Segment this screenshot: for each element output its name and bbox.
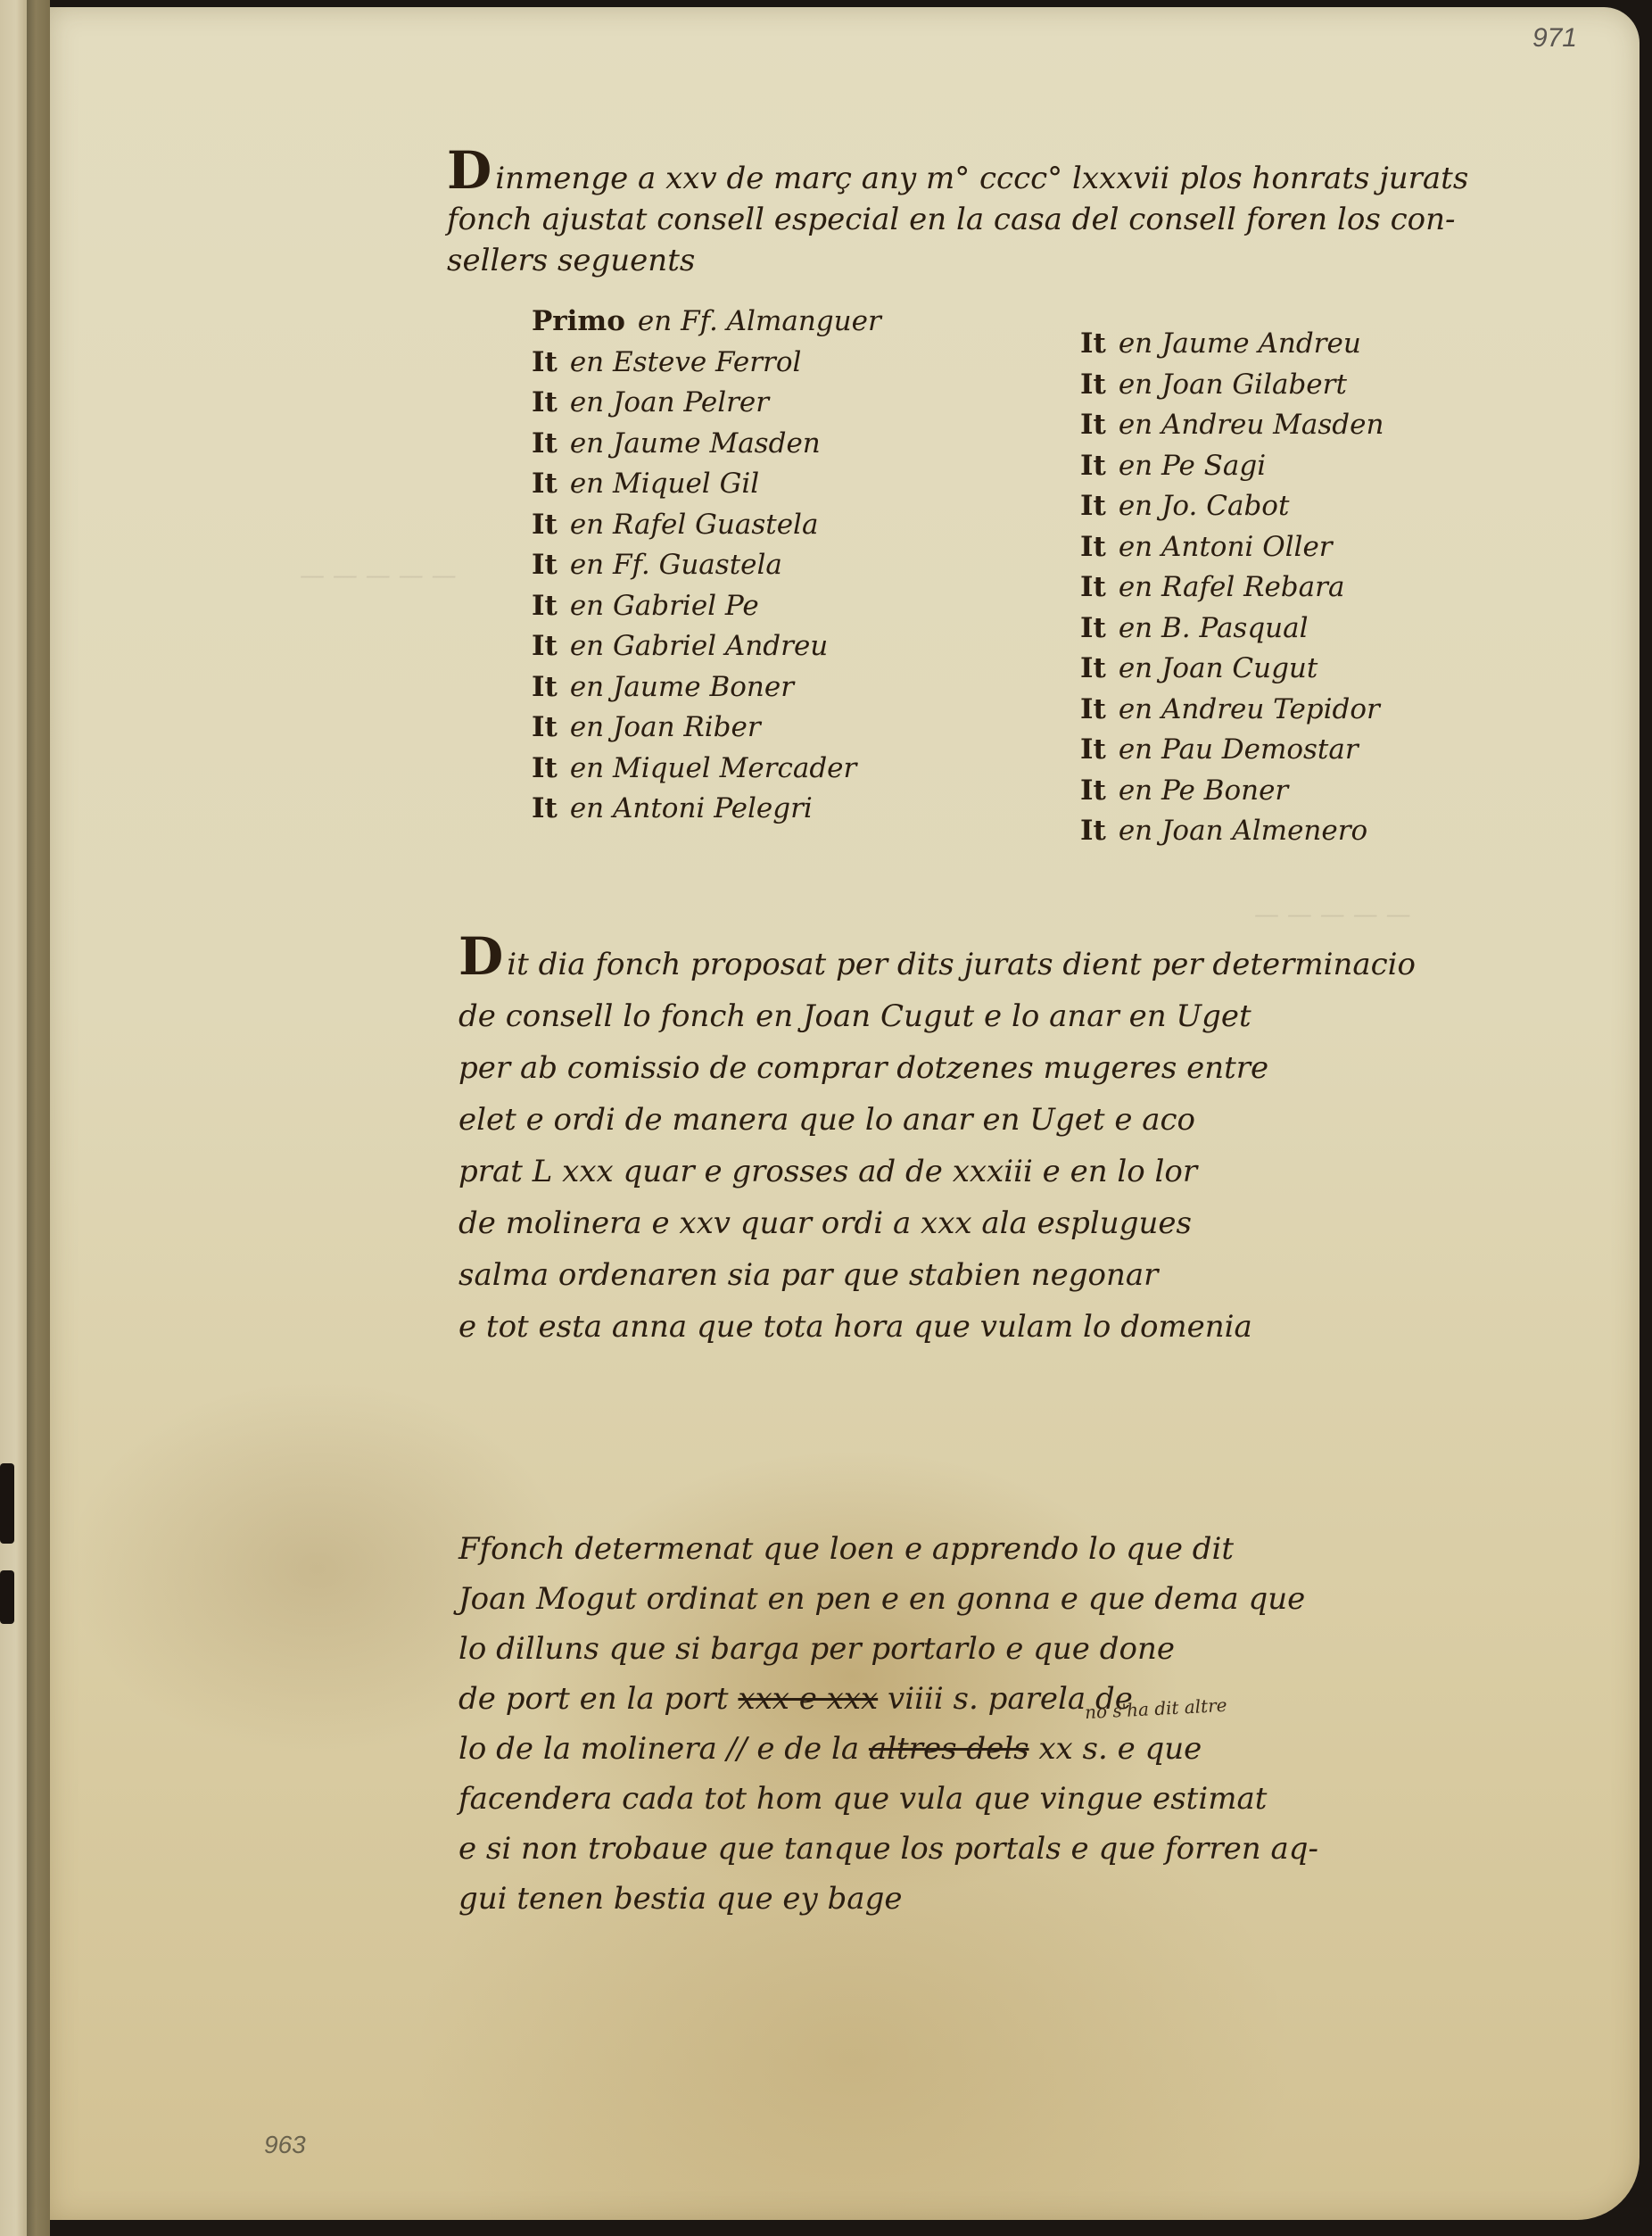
paragraph-line: per ab comissio de comprar dotzenes muge… xyxy=(458,1042,1556,1094)
manuscript-page: — — — — — — — — — — 971 Dinmenge a xxv d… xyxy=(50,7,1640,2220)
struck-text: altres dels xyxy=(869,1731,1029,1767)
header-line-3: sellers seguents xyxy=(447,240,1544,281)
paragraph-line: Ffonch determenat que loen e apprendo lo… xyxy=(458,1524,1556,1574)
attendee: Iten Miquel Gil xyxy=(532,464,995,505)
attendee: Iten Andreu Tepidor xyxy=(1080,690,1544,731)
attendee: Iten Antoni Oller xyxy=(1080,527,1544,568)
header-entry: Dinmenge a xxv de març any m° cccc° lxxx… xyxy=(447,150,1544,281)
attendee: Iten Jaume Masden xyxy=(532,424,995,465)
attendee: Iten Andreu Masden xyxy=(1080,405,1544,446)
attendee: Primoen Ff. Almanguer xyxy=(532,302,995,343)
paragraph-line: Dit dia fonch proposat per dits jurats d… xyxy=(458,931,1556,990)
paragraph-line: de molinera e xxv quar ordi a xxx ala es… xyxy=(458,1197,1556,1249)
attendee: Iten Ff. Guastela xyxy=(532,545,995,586)
attendees-right-column: Iten Jaume Andreu Iten Joan Gilabert Ite… xyxy=(1080,324,1544,852)
paragraph-line: e tot esta anna que tota hora que vulam … xyxy=(458,1301,1556,1353)
attendee: Iten Joan Gilabert xyxy=(1080,365,1544,406)
attendee: Iten Rafel Rebara xyxy=(1080,567,1544,609)
old-folio-number: 963 xyxy=(264,2131,306,2159)
paragraph-line: prat L xxx quar e grosses ad de xxxiii e… xyxy=(458,1146,1556,1197)
paragraph-line: lo de la molinera // e de la altres dels… xyxy=(458,1724,1556,1774)
attendee: Iten Rafel Guastela xyxy=(532,505,995,546)
attendee: Iten Gabriel Andreu xyxy=(532,626,995,667)
attendee: Iten Antoni Pelegri xyxy=(532,789,995,830)
ink-blot xyxy=(0,1463,14,1544)
attendee: Iten Joan Riber xyxy=(532,708,995,749)
paragraph-line: facendera cada tot hom que vula que ving… xyxy=(458,1774,1556,1824)
attendee: Iten B. Pasqual xyxy=(1080,609,1544,650)
bleed-through-text: — — — — — xyxy=(1254,899,1411,929)
initial-letter: D xyxy=(447,140,491,201)
attendee: Iten Gabriel Pe xyxy=(532,586,995,627)
attendee: Iten Jo. Cabot xyxy=(1080,486,1544,527)
attendee: Iten Esteve Ferrol xyxy=(532,343,995,384)
initial-letter: D xyxy=(458,926,503,987)
struck-text: xxx e xxx xyxy=(738,1681,878,1717)
header-line-1: Dinmenge a xxv de març any m° cccc° lxxx… xyxy=(447,150,1544,199)
adjacent-page-edge xyxy=(0,0,27,2236)
attendees-left-column: Primoen Ff. Almanguer Iten Esteve Ferrol… xyxy=(532,302,995,830)
paragraph-line: salma ordenaren sia par que stabien nego… xyxy=(458,1249,1556,1301)
paragraph-line: de port en la port xxx e xxx viiii s. pa… xyxy=(458,1674,1556,1724)
binding-gutter xyxy=(27,0,50,2236)
attendee: Iten Joan Cugut xyxy=(1080,649,1544,690)
attendee: Iten Miquel Mercader xyxy=(532,749,995,790)
ink-blot xyxy=(0,1570,14,1624)
paragraph-line: gui tenen bestia que ey bage xyxy=(458,1874,1556,1924)
bleed-through-text: — — — — — xyxy=(300,560,457,590)
attendee: Iten Pe Boner xyxy=(1080,771,1544,812)
paragraph-line: elet e ordi de manera que lo anar en Uge… xyxy=(458,1094,1556,1146)
attendee: Iten Jaume Boner xyxy=(532,667,995,708)
attendee: Iten Joan Pelrer xyxy=(532,383,995,424)
attendee: Iten Jaume Andreu xyxy=(1080,324,1544,365)
attendee: Iten Pau Demostar xyxy=(1080,730,1544,771)
paragraph-line: e si non trobaue que tanque los portals … xyxy=(458,1824,1556,1874)
resolution-paragraph-1: Dit dia fonch proposat per dits jurats d… xyxy=(458,931,1556,1353)
attendee: Iten Pe Sagi xyxy=(1080,446,1544,487)
resolution-paragraph-2: Ffonch determenat que loen e apprendo lo… xyxy=(458,1524,1556,1924)
folio-number: 971 xyxy=(1532,23,1577,54)
attendee: Iten Joan Almenero xyxy=(1080,811,1544,852)
paragraph-line: de consell lo fonch en Joan Cugut e lo a… xyxy=(458,990,1556,1042)
paragraph-line: Joan Mogut ordinat en pen e en gonna e q… xyxy=(458,1574,1556,1624)
header-line-2: fonch ajustat consell especial en la cas… xyxy=(447,199,1544,240)
paragraph-line: lo dilluns que si barga per portarlo e q… xyxy=(458,1624,1556,1674)
